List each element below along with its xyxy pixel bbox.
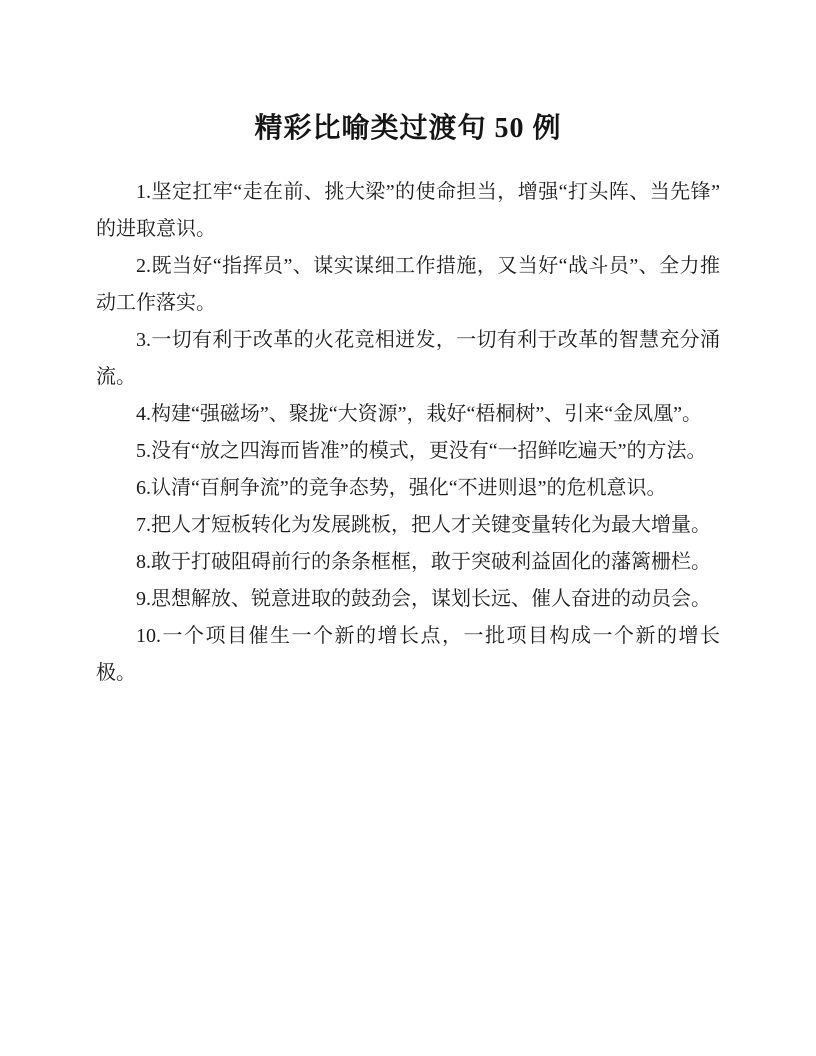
list-item-3: 3.一切有利于改革的火花竞相迸发，一切有利于改革的智慧充分涌流。	[96, 322, 720, 396]
list-item-6: 6.认清“百舸争流”的竞争态势，强化“不进则退”的危机意识。	[96, 470, 720, 507]
list-item-7: 7.把人才短板转化为发展跳板，把人才关键变量转化为最大增量。	[96, 507, 720, 544]
document-page: 精彩比喻类过渡句 50 例 1.坚定扛牢“走在前、挑大梁”的使命担当，增强“打头…	[0, 0, 816, 1056]
list-item-2: 2.既当好“指挥员”、谋实谋细工作措施，又当好“战斗员”、全力推动工作落实。	[96, 248, 720, 322]
list-item-1: 1.坚定扛牢“走在前、挑大梁”的使命担当，增强“打头阵、当先锋”的进取意识。	[96, 174, 720, 248]
list-item-8: 8.敢于打破阻碍前行的条条框框，敢于突破利益固化的藩篱栅栏。	[96, 544, 720, 581]
list-item-9: 9.思想解放、锐意进取的鼓劲会，谋划长远、催人奋进的动员会。	[96, 581, 720, 618]
list-item-5: 5.没有“放之四海而皆准”的模式，更没有“一招鲜吃遍天”的方法。	[96, 433, 720, 470]
document-title: 精彩比喻类过渡句 50 例	[96, 108, 720, 150]
list-item-4: 4.构建“强磁场”、聚拢“大资源”，栽好“梧桐树”、引来“金凤凰”。	[96, 396, 720, 433]
list-item-10: 10.一个项目催生一个新的增长点，一批项目构成一个新的增长极。	[96, 618, 720, 692]
